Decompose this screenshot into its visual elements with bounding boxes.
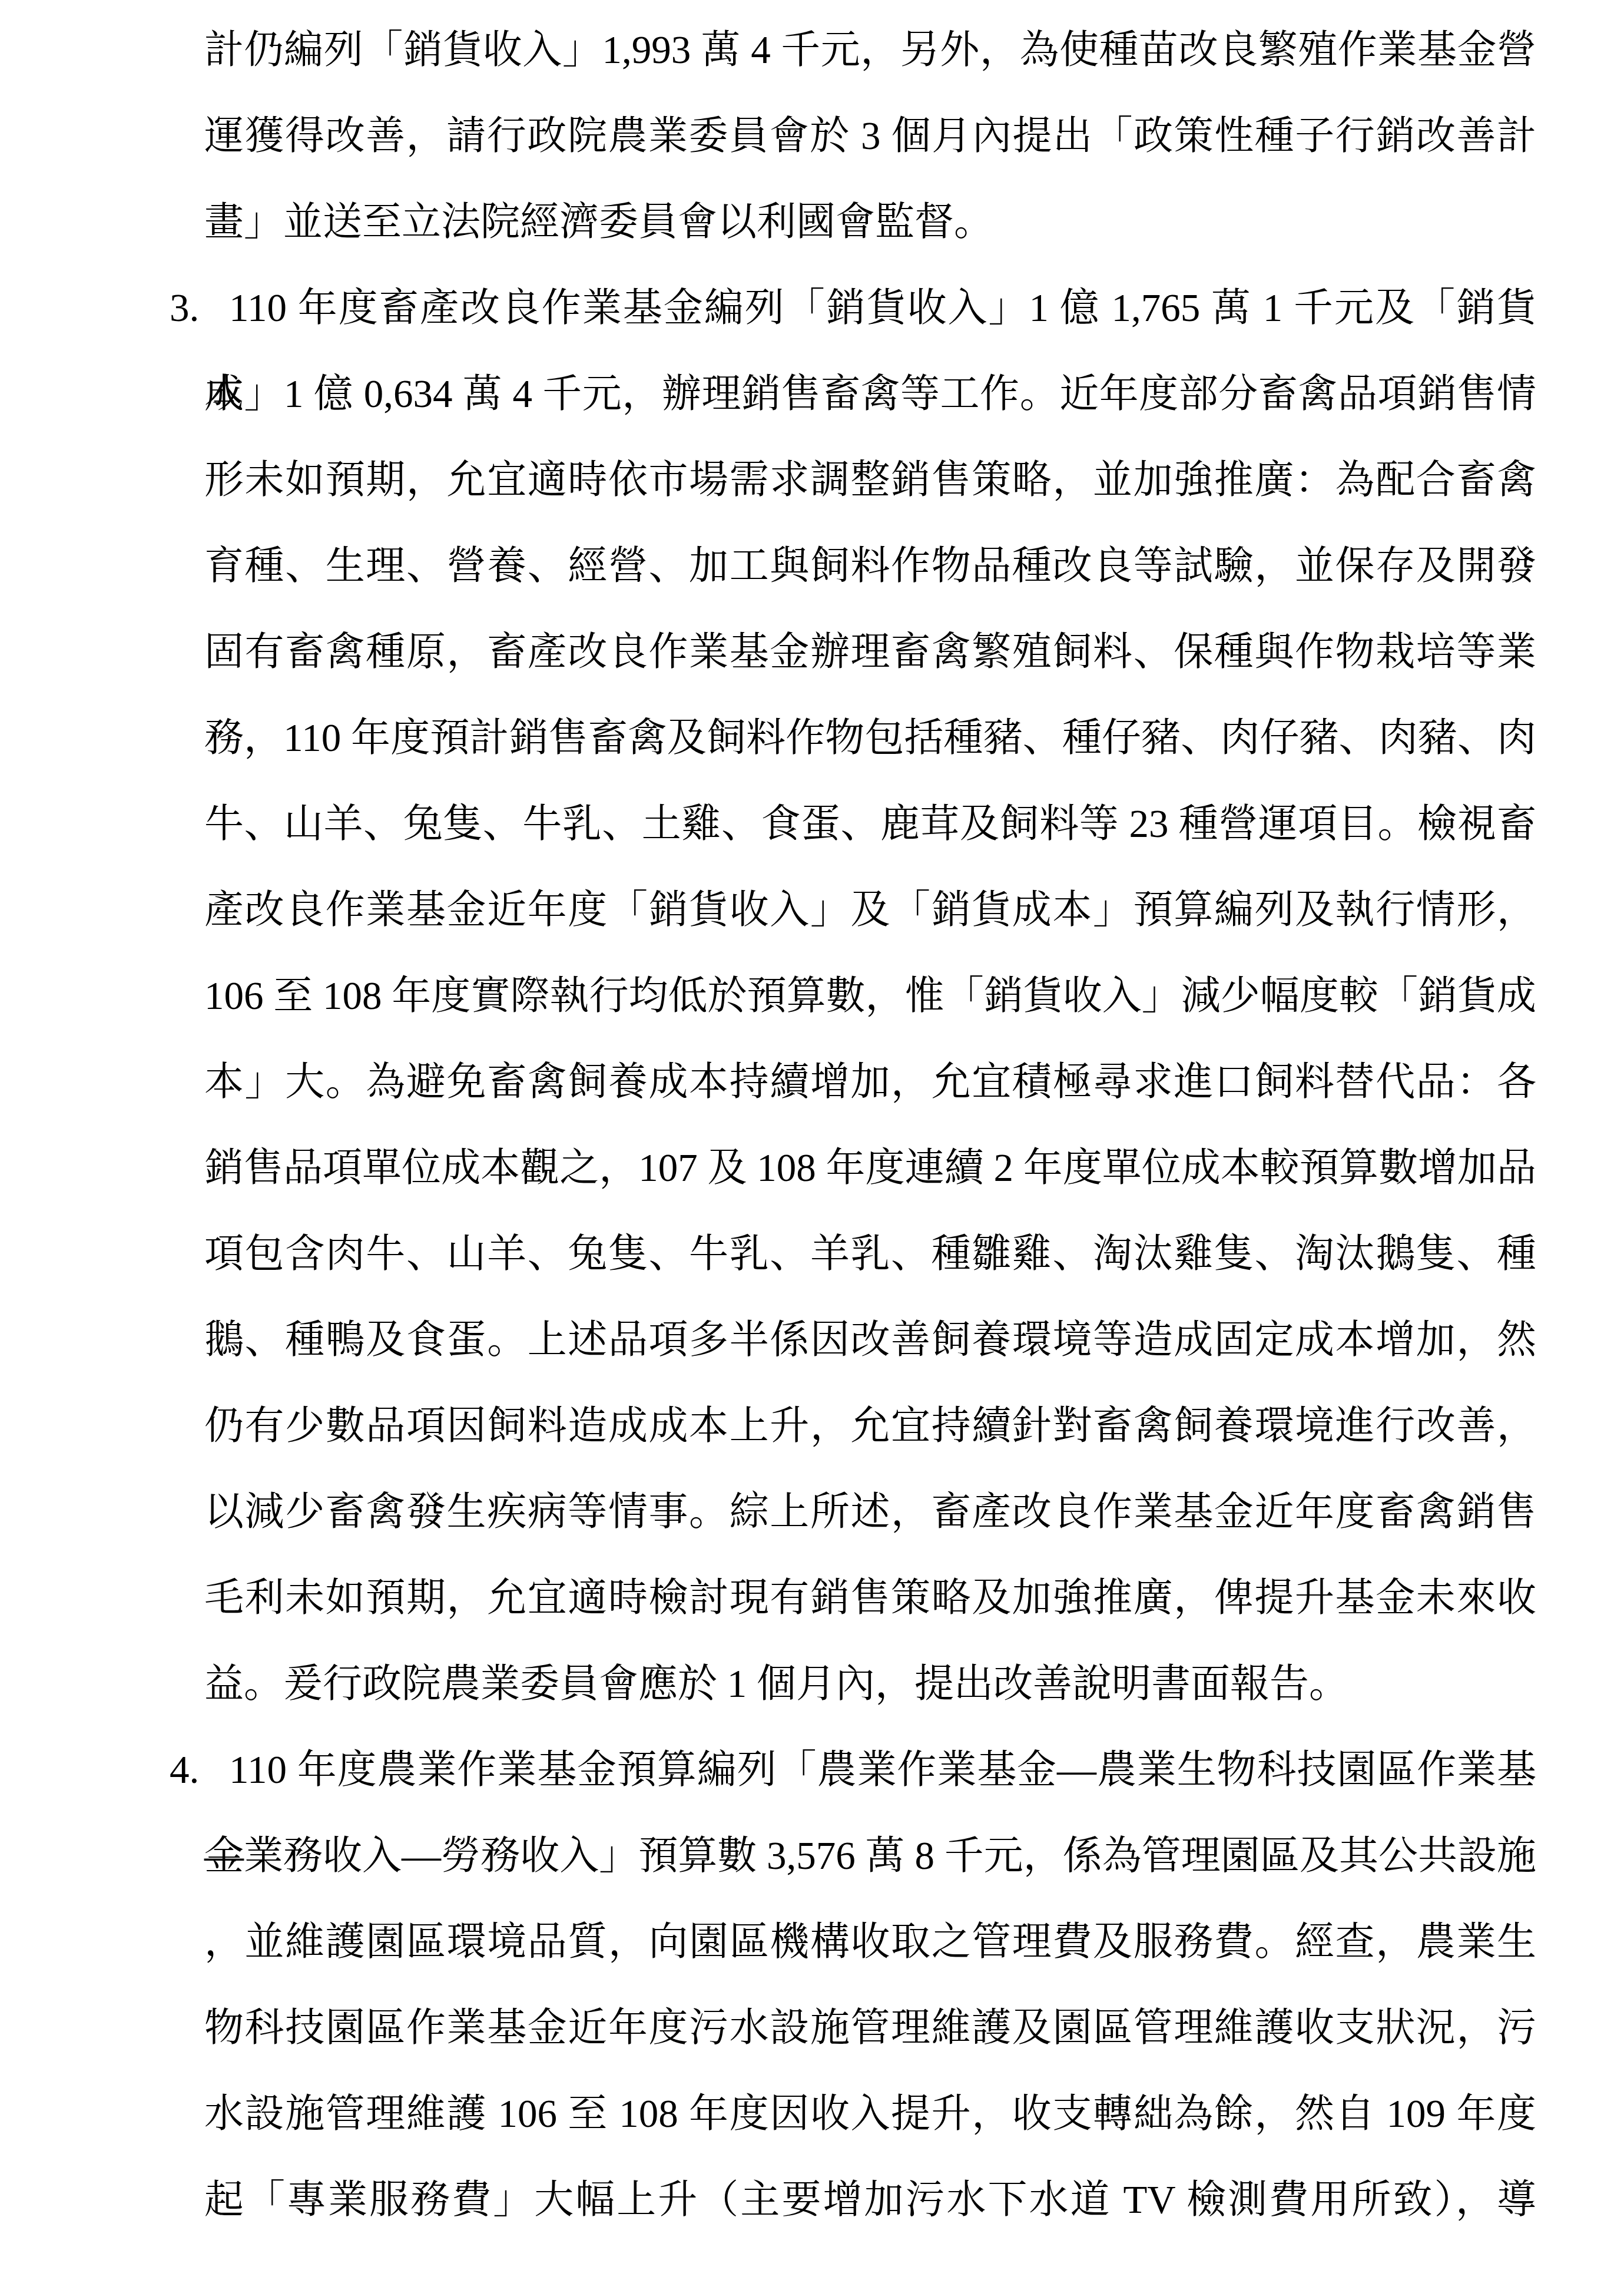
text-line-content: 益。爰行政院農業委員會應於 1 個月內，提出改善說明書面報告。: [204, 1662, 1348, 1706]
text-line: ，並維護園區環境品質，向園區機構收取之管理費及服務費。經查，農業生: [204, 1899, 1536, 1985]
text-line-content: ，並維護園區環境品質，向園區機構收取之管理費及服務費。經查，農業生: [204, 1920, 1536, 1964]
text-line: 項包含肉牛、山羊、兔隻、牛乳、羊乳、種雛雞、淘汰雞隻、淘汰鵝隻、種: [204, 1211, 1536, 1297]
document-body: 計仍編列「銷貨收入」1,993 萬 4 千元，另外，為使種苗改良繁殖作業基金營 …: [204, 7, 1536, 2243]
text-line: 計仍編列「銷貨收入」1,993 萬 4 千元，另外，為使種苗改良繁殖作業基金營: [204, 7, 1536, 93]
text-line: 務，110 年度預計銷售畜禽及飼料作物包括種豬、種仔豬、肉仔豬、肉豬、肉: [204, 695, 1536, 781]
paragraph-continuation: 計仍編列「銷貨收入」1,993 萬 4 千元，另外，為使種苗改良繁殖作業基金營 …: [204, 7, 1536, 265]
document-page: 計仍編列「銷貨收入」1,993 萬 4 千元，另外，為使種苗改良繁殖作業基金營 …: [0, 0, 1624, 2280]
text-line: 運獲得改善，請行政院農業委員會於 3 個月內提出「政策性種子行銷改善計: [204, 93, 1536, 179]
list-item-4: 4.110 年度農業作業基金預算編列「農業作業基金—農業生物科技園區作業基金 —…: [204, 1727, 1536, 2243]
text-line: 起「專業服務費」大幅上升（主要增加污水下水道 TV 檢測費用所致），導: [204, 2157, 1536, 2243]
text-line: 4.110 年度農業作業基金預算編列「農業作業基金—農業生物科技園區作業基金: [204, 1727, 1536, 1813]
text-line-content: 水設施管理維護 106 至 108 年度因收入提升，收支轉絀為餘，然自 109 …: [204, 2092, 1536, 2136]
list-number-3: 3.: [170, 265, 199, 351]
text-line-content: 毛利未如預期，允宜適時檢討現有銷售策略及加強推廣，俾提升基金未來收: [204, 1576, 1536, 1620]
text-line: 育種、生理、營養、經營、加工與飼料作物品種改良等試驗，並保存及開發: [204, 523, 1536, 609]
text-line-content: 形未如預期，允宜適時依市場需求調整銷售策略，並加強推廣：為配合畜禽: [204, 458, 1536, 502]
text-line-content: 銷售品項單位成本觀之，107 及 108 年度連續 2 年度單位成本較預算數增加…: [204, 1146, 1536, 1190]
text-line: 物科技園區作業基金近年度污水設施管理維護及園區管理維護收支狀況，污: [204, 1985, 1536, 2071]
text-line-content: 本」1 億 0,634 萬 4 千元，辦理銷售畜禽等工作。近年度部分畜禽品項銷售…: [204, 372, 1536, 416]
text-line-content: 育種、生理、營養、經營、加工與飼料作物品種改良等試驗，並保存及開發: [204, 544, 1536, 588]
text-line: 牛、山羊、兔隻、牛乳、土雞、食蛋、鹿茸及飼料等 23 種營運項目。檢視畜: [204, 781, 1536, 867]
text-line: 仍有少數品項因飼料造成成本上升，允宜持續針對畜禽飼養環境進行改善，: [204, 1383, 1536, 1469]
list-item-3: 3.110 年度畜產改良作業基金編列「銷貨收入」1 億 1,765 萬 1 千元…: [204, 265, 1536, 1727]
text-line: 本」大。為避免畜禽飼養成本持續增加，允宜積極尋求進口飼料替代品：各: [204, 1039, 1536, 1125]
text-line-content: 本」大。為避免畜禽飼養成本持續增加，允宜積極尋求進口飼料替代品：各: [204, 1060, 1536, 1104]
text-line-content: 產改良作業基金近年度「銷貨收入」及「銷貨成本」預算編列及執行情形，: [204, 888, 1536, 932]
text-line-content: 務，110 年度預計銷售畜禽及飼料作物包括種豬、種仔豬、肉仔豬、肉豬、肉: [204, 716, 1536, 760]
text-line-content: 物科技園區作業基金近年度污水設施管理維護及園區管理維護收支狀況，污: [204, 2006, 1536, 2050]
text-line: 畫」並送至立法院經濟委員會以利國會監督。: [204, 179, 1536, 265]
text-line: 本」1 億 0,634 萬 4 千元，辦理銷售畜禽等工作。近年度部分畜禽品項銷售…: [204, 351, 1536, 437]
text-line-content: 計仍編列「銷貨收入」1,993 萬 4 千元，另外，為使種苗改良繁殖作業基金營: [204, 28, 1536, 72]
text-line: 106 至 108 年度實際執行均低於預算數，惟「銷貨收入」減少幅度較「銷貨成: [204, 953, 1536, 1039]
text-line-content: —業務收入—勞務收入」預算數 3,576 萬 8 千元，係為管理園區及其公共設施: [204, 1834, 1536, 1878]
text-line-content: 運獲得改善，請行政院農業委員會於 3 個月內提出「政策性種子行銷改善計: [204, 114, 1536, 158]
text-line-content: 鵝、種鴨及食蛋。上述品項多半係因改善飼養環境等造成固定成本增加，然: [204, 1318, 1536, 1362]
text-line-content: 牛、山羊、兔隻、牛乳、土雞、食蛋、鹿茸及飼料等 23 種營運項目。檢視畜: [204, 802, 1536, 846]
text-line-content: 畫」並送至立法院經濟委員會以利國會監督。: [204, 200, 993, 244]
text-line-content: 仍有少數品項因飼料造成成本上升，允宜持續針對畜禽飼養環境進行改善，: [204, 1404, 1536, 1448]
text-line: 銷售品項單位成本觀之，107 及 108 年度連續 2 年度單位成本較預算數增加…: [204, 1125, 1536, 1211]
text-line: 益。爰行政院農業委員會應於 1 個月內，提出改善說明書面報告。: [204, 1641, 1536, 1727]
text-line-content: 固有畜禽種原，畜產改良作業基金辦理畜禽繁殖飼料、保種與作物栽培等業: [204, 630, 1536, 674]
text-line-content: 項包含肉牛、山羊、兔隻、牛乳、羊乳、種雛雞、淘汰雞隻、淘汰鵝隻、種: [204, 1232, 1536, 1276]
text-line: 產改良作業基金近年度「銷貨收入」及「銷貨成本」預算編列及執行情形，: [204, 867, 1536, 953]
text-line-content: 起「專業服務費」大幅上升（主要增加污水下水道 TV 檢測費用所致），導: [204, 2178, 1536, 2222]
text-line-content: 106 至 108 年度實際執行均低於預算數，惟「銷貨收入」減少幅度較「銷貨成: [204, 974, 1536, 1018]
text-line: 3.110 年度畜產改良作業基金編列「銷貨收入」1 億 1,765 萬 1 千元…: [204, 265, 1536, 351]
text-line: 形未如預期，允宜適時依市場需求調整銷售策略，並加強推廣：為配合畜禽: [204, 437, 1536, 523]
text-line: 毛利未如預期，允宜適時檢討現有銷售策略及加強推廣，俾提升基金未來收: [204, 1555, 1536, 1641]
list-number-4: 4.: [170, 1727, 199, 1813]
text-line: 水設施管理維護 106 至 108 年度因收入提升，收支轉絀為餘，然自 109 …: [204, 2071, 1536, 2157]
text-line-content: 以減少畜禽發生疾病等情事。綜上所述，畜產改良作業基金近年度畜禽銷售: [204, 1490, 1536, 1534]
text-line: —業務收入—勞務收入」預算數 3,576 萬 8 千元，係為管理園區及其公共設施: [204, 1813, 1536, 1899]
text-line: 以減少畜禽發生疾病等情事。綜上所述，畜產改良作業基金近年度畜禽銷售: [204, 1469, 1536, 1555]
text-line: 固有畜禽種原，畜產改良作業基金辦理畜禽繁殖飼料、保種與作物栽培等業: [204, 609, 1536, 695]
text-line: 鵝、種鴨及食蛋。上述品項多半係因改善飼養環境等造成固定成本增加，然: [204, 1297, 1536, 1383]
